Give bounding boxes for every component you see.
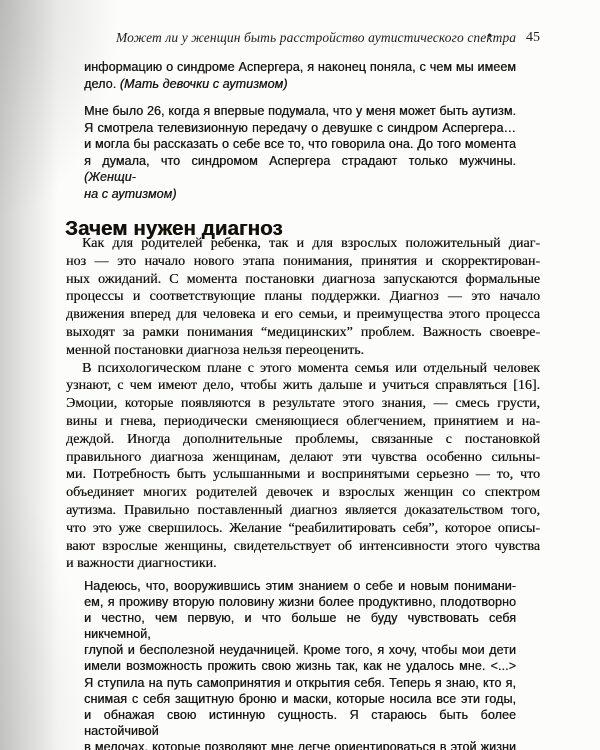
text-line: и важности диагностики.: [66, 555, 540, 573]
text-line: информацию о синдроме Аспергера, я након…: [84, 59, 516, 76]
text-line: Как для родителей ребенка, так и для взр…: [66, 235, 540, 253]
text-line: ноз — это начало нового этапа понимания,…: [66, 253, 540, 271]
text-line: вают взрослые женщины, свидетельствует о…: [66, 538, 540, 556]
text-line: ных ожиданий. С момента постановки диагн…: [66, 271, 540, 289]
text-line: ем, я проживу вторую половину жизни боле…: [84, 594, 516, 610]
quote-2-line-4: я думала, что синдромом Аспергера страда…: [84, 153, 516, 186]
text-line: В психологическом плане с этого момента …: [66, 360, 540, 378]
running-title: Может ли у женщин быть расстройство аути…: [116, 30, 516, 46]
block-quote-3: Надеюсь, что, вооружившись этим знанием …: [84, 578, 516, 750]
book-page-scan: Может ли у женщин быть расстройство аути…: [0, 0, 600, 750]
text-line: аутизма. Правильно поставленный диагноз …: [66, 502, 540, 520]
text-line: объединяет многих родителей девочек и вз…: [66, 484, 540, 502]
running-header: Может ли у женщин быть расстройство аути…: [66, 30, 540, 50]
text-line: Эмоции, которые появляются в результате …: [66, 395, 540, 413]
text-line: узнают, с чем имеют дело, чтобы жить дал…: [66, 377, 540, 395]
text-line: что это уже свершилось. Желание “реабили…: [66, 520, 540, 538]
quote-1-attribution: (Мать девочки с аутизмом): [120, 77, 288, 91]
page-number: 45: [526, 30, 540, 46]
text-line: правильного диагноза женщинам, делают эт…: [66, 449, 540, 467]
text-line: имели возможность прожить свою жизнь так…: [84, 658, 516, 674]
text-line: Надеюсь, что, вооружившись этим знанием …: [84, 578, 516, 594]
text-line: снимая с себя защитную броню и маски, ко…: [84, 691, 516, 707]
quote-2-attribution-end: на с аутизмом): [84, 186, 516, 203]
body-paragraph-2: В психологическом плане с этого момента …: [66, 360, 540, 574]
text-line: и честно, чем первую, и что больше не бу…: [84, 610, 516, 642]
text-line: в мелочах, которые позволяют мне легче о…: [84, 739, 516, 750]
quote-1-last-line: дело. (Мать девочки с аутизмом): [84, 76, 516, 93]
text-line: менной постановки диагноза нельзя переоц…: [66, 342, 540, 360]
body-text: Как для родителей ребенка, так и для взр…: [66, 235, 540, 573]
quote-2-attribution-start: (Женщи-: [84, 170, 136, 184]
text-line: выходят за рамки понимания “медицинских”…: [66, 324, 540, 342]
quote-1-last-line-text: дело.: [84, 77, 120, 91]
block-quote-2: Мне было 26, когда я впервые подумала, ч…: [84, 103, 516, 203]
text-line: Я ступила на путь самопринятия и открыти…: [84, 675, 516, 691]
text-line: и могла бы рассказать о себе все то, что…: [84, 136, 516, 153]
text-line: движения вперед для человека и его семьи…: [66, 306, 540, 324]
quote-2-line-4-text: я думала, что синдромом Аспергера страда…: [84, 154, 516, 168]
text-line: процессы и соответствующие планы поддерж…: [66, 288, 540, 306]
text-line: ми. Потребность быть услышанными и воспр…: [66, 466, 540, 484]
separator-dot-icon: •: [487, 29, 492, 45]
text-line: вины и гнева, периодически сменяющиеся о…: [66, 413, 540, 431]
text-line: деждой. Иногда дополнительные проблемы, …: [66, 431, 540, 449]
text-line: глупой и бесполезной неудачницей. Кроме …: [84, 642, 516, 658]
body-paragraph-1: Как для родителей ребенка, так и для взр…: [66, 235, 540, 360]
text-line: Мне было 26, когда я впервые подумала, ч…: [84, 103, 516, 120]
block-quote-1: информацию о синдроме Аспергера, я након…: [84, 59, 516, 92]
text-line: Я смотрела телевизионную передачу о деву…: [84, 120, 516, 137]
text-line: и обнажая свою истинную сущность. Я стар…: [84, 707, 516, 739]
